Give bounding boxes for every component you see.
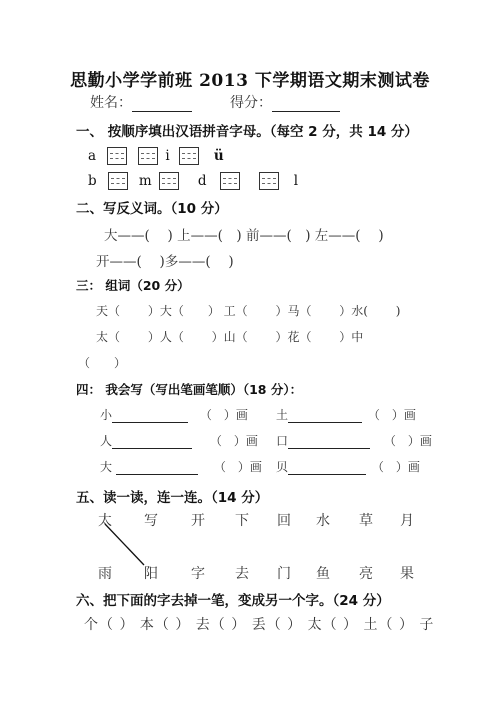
stroke-blank[interactable] [112, 410, 188, 423]
name-field[interactable]: 姓名： [90, 92, 192, 112]
pinyin-letter: ü [214, 148, 224, 164]
stroke-count[interactable]: （ ）画 [368, 408, 416, 422]
match-bottom-char[interactable]: 去 [232, 563, 252, 583]
match-top-char[interactable]: 水 [313, 510, 333, 530]
stroke-blank[interactable] [112, 436, 192, 449]
name-blank[interactable] [132, 97, 192, 112]
match-top-char[interactable]: 回 [274, 510, 294, 530]
word-group-line-2[interactable]: 太（ ）人（ ）山（ ）花（ ）中 [96, 328, 363, 345]
stroke-char: 口 [276, 434, 288, 448]
stroke-count[interactable]: （ ）画 [372, 460, 420, 474]
name-label: 姓名： [90, 95, 132, 111]
section-3-heading: 三： 组词（20 分） [76, 276, 190, 294]
stroke-blank[interactable] [288, 436, 370, 449]
section-6-heading: 六、把下面的字去掉一笔，变成另一个字。（24 分） [76, 589, 390, 609]
pinyin-blank-box[interactable] [159, 172, 179, 190]
match-top-char[interactable]: 太 [95, 510, 115, 530]
match-bottom-char[interactable]: 字 [188, 563, 208, 583]
stroke-item[interactable]: 口 （ ）画 [276, 432, 432, 449]
match-bottom-char[interactable]: 雨 [95, 563, 115, 583]
pinyin-blank-box[interactable] [108, 172, 128, 190]
stroke-item[interactable]: 人 （ ）画 [100, 432, 258, 449]
pinyin-blank-box[interactable] [107, 147, 127, 165]
stroke-item[interactable]: 土 （ ）画 [276, 406, 416, 423]
stroke-blank[interactable] [288, 410, 362, 423]
match-top-char[interactable]: 开 [188, 510, 208, 530]
pinyin-letter: l [294, 173, 298, 189]
pinyin-blank-box[interactable] [179, 147, 199, 165]
stroke-count[interactable]: （ ）画 [214, 460, 262, 474]
match-bottom-char[interactable]: 门 [274, 563, 294, 583]
antonym-line-1[interactable]: 大——( ) 上——( ) 前——( ) 左——( ) [104, 224, 384, 244]
score-field[interactable]: 得分： [230, 92, 340, 112]
pinyin-row-1: a i ü [88, 145, 224, 165]
stroke-char: 小 [100, 408, 112, 422]
pinyin-blank-box[interactable] [138, 147, 158, 165]
stroke-blank[interactable] [116, 462, 198, 475]
stroke-blank[interactable] [288, 462, 366, 475]
pinyin-letter: d [198, 173, 207, 189]
stroke-char: 贝 [276, 460, 288, 474]
remove-stroke-line[interactable]: 个（ ） 本（ ） 去（ ） 丢（ ） 太（ ） 土（ ） 子 [84, 614, 434, 634]
match-bottom-char[interactable]: 阳 [141, 563, 161, 583]
word-group-line-3[interactable]: （ ） [78, 354, 126, 371]
pinyin-blank-box[interactable] [259, 172, 279, 190]
stroke-char: 土 [276, 408, 288, 422]
stroke-item[interactable]: 贝 （ ）画 [276, 458, 420, 475]
section-2-heading: 二、写反义词。（10 分） [76, 197, 228, 217]
stroke-item[interactable]: 大 （ ）画 [100, 458, 262, 475]
match-bottom-char[interactable]: 鱼 [313, 563, 333, 583]
match-bottom-char[interactable]: 果 [397, 563, 417, 583]
stroke-count[interactable]: （ ）画 [200, 408, 248, 422]
pinyin-row-2: b m d l [88, 170, 298, 190]
antonym-line-2[interactable]: 开——( )多——( ) [96, 250, 234, 270]
match-top-char[interactable]: 下 [232, 510, 252, 530]
word-group-line-1[interactable]: 天（ ）大（ ） 工（ ）马（ ）水( ) [96, 302, 400, 319]
pinyin-letter: b [88, 173, 97, 189]
pinyin-blank-box[interactable] [220, 172, 240, 190]
score-blank[interactable] [272, 97, 340, 112]
match-bottom-char[interactable]: 亮 [356, 563, 376, 583]
stroke-char: 人 [100, 434, 112, 448]
pinyin-letter: a [88, 148, 96, 164]
match-top-char[interactable]: 写 [141, 510, 161, 530]
exam-title: 思勤小学学前班 2013 下学期语文期末测试卷 [0, 66, 500, 91]
stroke-count[interactable]: （ ）画 [384, 434, 432, 448]
stroke-char: 大 [100, 460, 112, 474]
match-top-char[interactable]: 月 [397, 510, 417, 530]
section-5-heading: 五、读一读，连一连。（14 分） [76, 486, 268, 506]
stroke-count[interactable]: （ ）画 [210, 434, 258, 448]
section-1-heading: 一、 按顺序填出汉语拼音字母。（每空 2 分，共 14 分） [76, 120, 418, 140]
score-label: 得分： [230, 95, 272, 111]
pinyin-letter: i [165, 148, 169, 164]
stroke-item[interactable]: 小 （ ）画 [100, 406, 248, 423]
section-4-heading: 四： 我会写（写出笔画笔顺）（18 分）： [76, 380, 302, 398]
pinyin-letter: m [139, 173, 152, 189]
match-top-char[interactable]: 草 [356, 510, 376, 530]
